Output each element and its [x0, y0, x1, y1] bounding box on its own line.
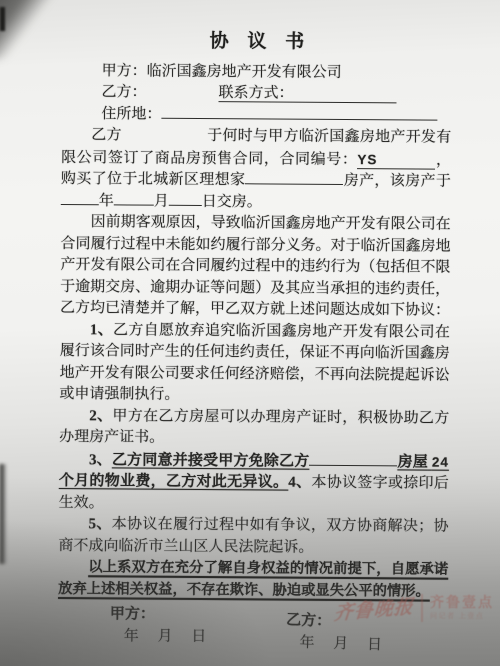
location-blank: [245, 170, 343, 185]
clause-5: 5、本协议在履行过程中如有争议，双方协商解决；协商不成向临沂市兰山区人民法院起诉…: [58, 514, 448, 560]
party-b-blank: [147, 97, 219, 98]
intro-text-1: 于何时与甲方临沂国鑫房地产开发有: [207, 128, 452, 146]
address-blank: [161, 104, 437, 120]
handover-day: 日交房。: [202, 193, 262, 209]
month-blank: [114, 191, 154, 205]
clause-5-number: 5、: [88, 516, 111, 532]
clause-3-blank: [309, 451, 397, 466]
party-a-date: 年 月 日: [110, 626, 242, 648]
background-paragraph: 因前期客观原因，导致临沂国鑫房地产开发有限公司在合同履行过程中未能如约履行部分义…: [60, 212, 451, 322]
contact-field: 联系方式：: [219, 85, 397, 103]
clause-3-4: 3、乙方同意并接受甲方免除乙方房屋 24个月的物业费，乙方对此无异议。4、本协议…: [59, 448, 449, 516]
contract-no-value: YS: [357, 152, 377, 167]
closing-paragraph: 以上系双方在充分了解自身权益的情况前提下，自愿承诺放弃上述相关权益，不存在欺诈、…: [58, 557, 448, 603]
clause-3-number: 3、: [89, 452, 112, 468]
day-blank: [169, 191, 202, 205]
clause-5-text: 本协议在履行过程中如有争议，双方协商解决；协商不成向临沂市兰山区人民法院起诉。: [58, 516, 448, 555]
photo-edge-shadow: [0, 464, 7, 564]
clause-1-number: 1、: [90, 322, 113, 338]
party-a-line: 甲方：临沂国鑫房地产开发有限公司: [62, 60, 452, 84]
signature-party-b: 乙方： 年 月 日: [285, 610, 383, 656]
photo-corner-shadow: [0, 0, 69, 62]
intro-text-3: ，: [435, 152, 451, 168]
handover-month: 月: [154, 193, 169, 209]
page-title: 协 议 书: [62, 30, 452, 54]
clause-1: 1、乙方自愿放弃追究临沂国鑫房地产开发有限公司在履行该合同时产生的任何违约责任，…: [59, 319, 450, 408]
clause-2-text: 甲方在乙方房屋可以办理房产证时，积极协助乙方办理房产证书。: [59, 408, 449, 446]
contact-blank: [294, 98, 397, 99]
party-b-label: 乙方：: [102, 84, 147, 100]
clause-3-text-1: 乙方同意并接受甲方免除乙方: [112, 452, 310, 469]
intro-blank: [122, 139, 207, 140]
address-label: 住所地：: [101, 106, 161, 122]
signature-party-a: 甲方： 年 月 日: [110, 604, 242, 654]
party-a-text: 甲方：临沂国鑫房地产开发有限公司: [102, 63, 342, 81]
clause-2: 2、甲方在乙方房屋可以办理房产证时，积极协助乙方办理房产证书。: [59, 405, 449, 451]
clause-4-number: 4、: [288, 475, 311, 491]
closing-text: 以上系双方在充分了解自身权益的情况前提下，自愿承诺放弃上述相关权益，不存在欺诈、…: [58, 559, 448, 599]
party-b-date: 年 月 日: [285, 632, 382, 657]
clause-3-text-3: 个月的物业费，乙方对此无异议。: [59, 473, 289, 491]
intro-paragraph: 乙方于何时与甲方临沂国鑫房地产开发有限公司签订了商品房预售合同，合同编号：YS，…: [61, 125, 452, 215]
intro-text-2: 限公司签订了商品房预售合同，合同编号：: [61, 149, 357, 167]
party-a-sign-label: 甲方：: [110, 604, 242, 626]
intro-party: 乙方: [91, 127, 122, 143]
party-b-line: 乙方：联系方式：: [61, 82, 451, 106]
signature-block: 甲方： 年 月 日 乙方： 年 月 日: [58, 604, 448, 656]
address-line: 住所地：: [61, 103, 451, 127]
photo-edge-mark: [0, 7, 5, 31]
handover-year: 年: [99, 193, 114, 209]
clause-3-text-2: 房屋: [397, 454, 428, 470]
contact-label: 联系方式：: [219, 85, 294, 102]
document-photo: 协 议 书 甲方：临沂国鑫房地产开发有限公司 乙方：联系方式： 住所地： 乙方于…: [0, 0, 500, 666]
party-b-sign-label: 乙方：: [286, 610, 383, 635]
intro-text-4: 购买了位于北城新区理想家: [61, 171, 246, 188]
year-blank: [61, 190, 99, 204]
background-text: 因前期客观原因，导致临沂国鑫房地产开发有限公司在合同履行过程中未能如约履行部分义…: [60, 214, 451, 319]
handover-pre: 于: [436, 174, 451, 190]
intro-text-5: 房产，该房产: [343, 173, 436, 190]
contract-no-field: YS: [357, 152, 435, 170]
clause-2-number: 2、: [89, 408, 112, 424]
months-value: 24: [432, 454, 449, 469]
clause-1-text: 乙方自愿放弃追究临沂国鑫房地产开发有限公司在履行该合同时产生的任何违约责任，保证…: [59, 322, 450, 403]
agreement-document: 协 议 书 甲方：临沂国鑫房地产开发有限公司 乙方：联系方式： 住所地： 乙方于…: [58, 30, 452, 656]
